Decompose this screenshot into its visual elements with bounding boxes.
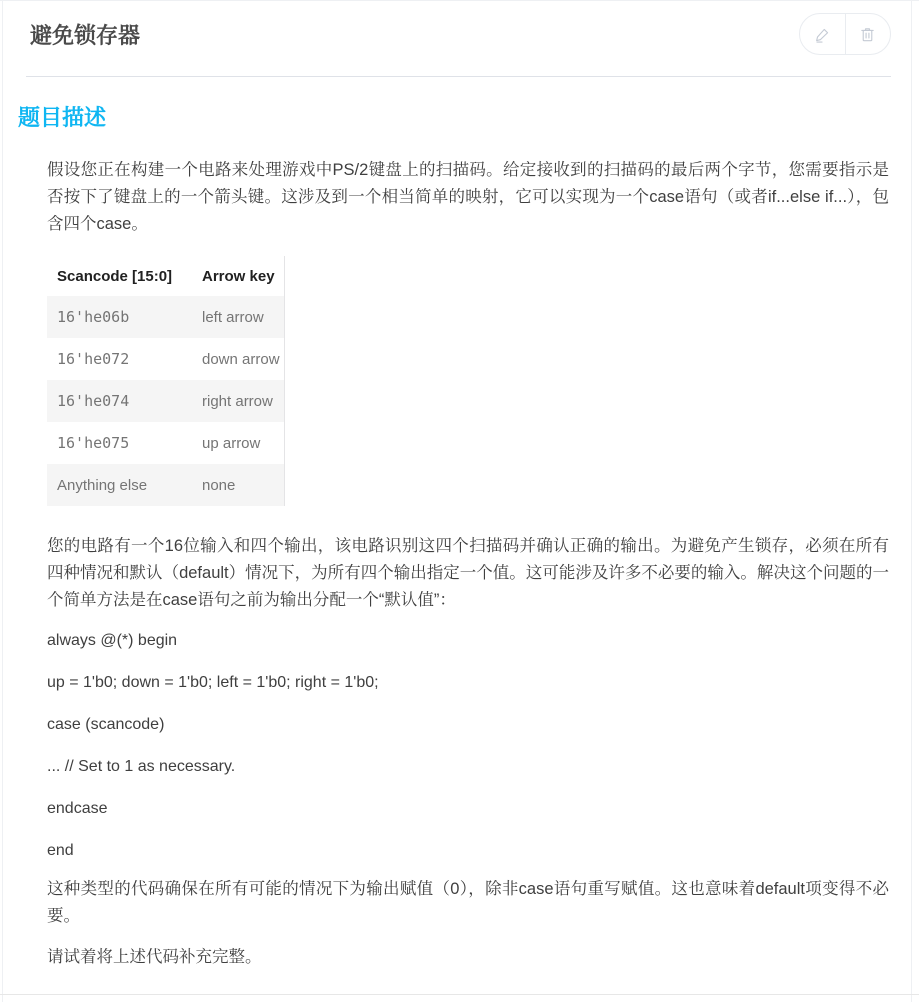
page-right-border	[911, 1, 912, 1002]
column-header-arrow-key: Arrow key	[192, 256, 285, 296]
code-line: always @(*) begin	[47, 633, 889, 649]
page-header: 避免锁存器	[0, 1, 919, 55]
arrow-key-cell: left arrow	[192, 296, 285, 338]
scancode-cell: 16'he075	[47, 422, 192, 464]
table-header-row: Scancode [15:0] Arrow key	[47, 256, 285, 296]
arrow-key-cell: right arrow	[192, 380, 285, 422]
scancode-cell: 16'he06b	[47, 296, 192, 338]
code-line: ... // Set to 1 as necessary.	[47, 759, 889, 775]
delete-button[interactable]	[845, 14, 891, 54]
table-row: 16'he06b left arrow	[47, 296, 285, 338]
trash-icon	[858, 25, 877, 44]
section-heading: 题目描述	[18, 104, 919, 132]
code-snippet: always @(*) begin up = 1'b0; down = 1'b0…	[47, 633, 889, 859]
page-left-border	[2, 1, 3, 1002]
paragraph-circuit: 您的电路有一个16位输入和四个输出，该电路识别这四个扫描码并确认正确的输出。为避…	[47, 533, 889, 614]
scancode-cell: 16'he074	[47, 380, 192, 422]
scancode-table: Scancode [15:0] Arrow key 16'he06b left …	[47, 256, 285, 506]
paragraph-task: 请试着将上述代码补充完整。	[47, 944, 889, 971]
page-title: 避免锁存器	[30, 21, 140, 51]
arrow-key-cell: none	[192, 464, 285, 506]
table-row: Anything else none	[47, 464, 285, 506]
column-header-scancode: Scancode [15:0]	[47, 256, 192, 296]
code-line: up = 1'b0; down = 1'b0; left = 1'b0; rig…	[47, 675, 889, 691]
problem-description: 假设您正在构建一个电路来处理游戏中PS/2键盘上的扫描码。给定接收到的扫描码的最…	[0, 157, 919, 971]
scancode-cell: 16'he072	[47, 338, 192, 380]
code-line: endcase	[47, 801, 889, 817]
arrow-key-cell: up arrow	[192, 422, 285, 464]
scancode-cell: Anything else	[47, 464, 192, 506]
title-divider	[26, 76, 891, 77]
paragraph-explain: 这种类型的代码确保在所有可能的情况下为输出赋值（0），除非case语句重写赋值。…	[47, 876, 889, 930]
table-row: 16'he072 down arrow	[47, 338, 285, 380]
pencil-icon	[813, 25, 832, 44]
arrow-key-cell: down arrow	[192, 338, 285, 380]
paragraph-intro: 假设您正在构建一个电路来处理游戏中PS/2键盘上的扫描码。给定接收到的扫描码的最…	[47, 157, 889, 238]
problem-page: 避免锁存器	[0, 0, 919, 1002]
title-toolbar	[799, 13, 891, 55]
code-line: case (scancode)	[47, 717, 889, 733]
bottom-divider	[0, 994, 919, 995]
edit-button[interactable]	[800, 14, 845, 54]
code-line: end	[47, 843, 889, 859]
table-row: 16'he074 right arrow	[47, 380, 285, 422]
table-row: 16'he075 up arrow	[47, 422, 285, 464]
